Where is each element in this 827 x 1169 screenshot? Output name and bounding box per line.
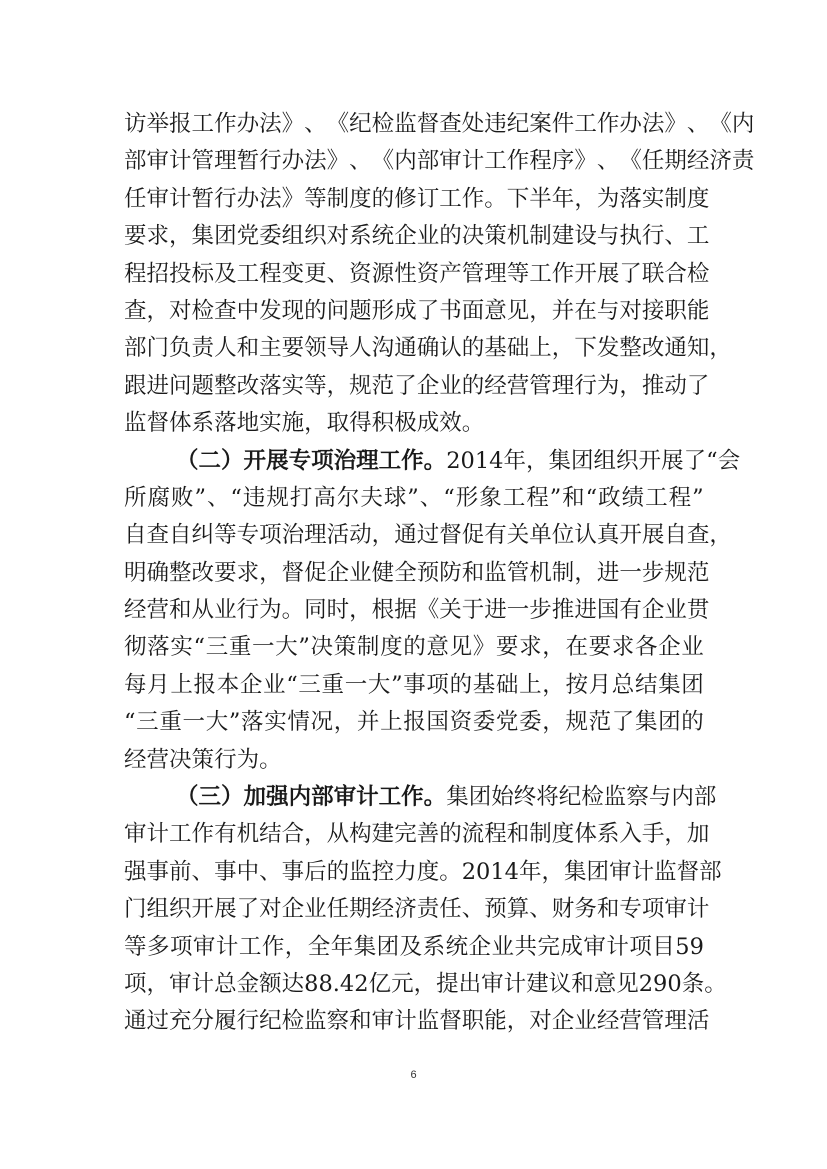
text-char: 规 — [349, 368, 372, 405]
text-char: 单 — [529, 517, 552, 554]
text-char: ， — [619, 368, 642, 405]
text-char: 》 — [282, 106, 305, 143]
text-char: 为 — [259, 592, 282, 629]
text-char: 中 — [237, 293, 260, 330]
text-char: 制 — [529, 816, 552, 853]
text-char: 结 — [259, 816, 282, 853]
text-char: 管 — [507, 555, 530, 592]
text-char: 履 — [214, 1003, 237, 1040]
text-char: 。 — [462, 405, 485, 442]
text-char: 委 — [473, 704, 496, 741]
text-char: 关 — [439, 592, 462, 629]
text-char: 达 — [282, 966, 305, 1003]
text-char: 、 — [687, 106, 710, 143]
text-char: 、 — [420, 480, 443, 517]
text-char: ， — [574, 555, 597, 592]
text-char: 的 — [462, 330, 485, 367]
text-line: 跟进问题整改落实等，规范了企业的经营管理行为，推动了 — [124, 368, 704, 405]
text-char: 作 — [214, 106, 237, 143]
text-char: 改 — [642, 330, 665, 367]
text-char: 月 — [589, 667, 612, 704]
text-char: 计 — [632, 854, 655, 891]
text-char: 活 — [687, 1003, 710, 1040]
heading-char: 部 — [311, 779, 334, 816]
text-char: 理 — [214, 143, 237, 180]
text-char: 工 — [574, 106, 597, 143]
text-char: 自 — [124, 517, 147, 554]
text-char: 度 — [687, 181, 710, 218]
text-char: 织 — [169, 891, 192, 928]
text-char: 查 — [214, 293, 237, 330]
text-char: 实 — [264, 704, 287, 741]
text-char: 同 — [304, 592, 327, 629]
text-char: 检 — [372, 106, 395, 143]
text-char: 期 — [664, 143, 687, 180]
text-char: 报 — [403, 704, 426, 741]
text-char: 及 — [400, 929, 423, 966]
text-char: 济 — [394, 891, 417, 928]
text-char: ， — [304, 405, 327, 442]
text-char: 、 — [259, 854, 282, 891]
text-char: 形 — [372, 293, 395, 330]
text-char: 审 — [372, 1003, 395, 1040]
text-char: “ — [443, 480, 455, 517]
text-char: 的 — [439, 218, 462, 255]
text-char: “ — [124, 704, 136, 741]
text-char: 工 — [529, 256, 552, 293]
text-char: 监 — [417, 1003, 440, 1040]
text-char: ， — [542, 854, 565, 891]
text-char: 对 — [169, 293, 192, 330]
text-line: 访举报工作办法》、《纪检监督查处违纪案件工作办法》、《内 — [124, 106, 704, 143]
text-char: 有 — [484, 517, 507, 554]
text-char: 始 — [491, 779, 514, 816]
text-char: 机 — [237, 816, 260, 853]
text-char: 情 — [287, 704, 310, 741]
text-char: 系 — [192, 405, 215, 442]
text-char: 有 — [619, 592, 642, 629]
text-char: 招 — [147, 256, 170, 293]
text-char: 象 — [479, 480, 502, 517]
text-char: 人 — [349, 330, 372, 367]
text-char: 条 — [682, 966, 705, 1003]
text-char: 经 — [124, 592, 147, 629]
text-char: 要 — [496, 629, 519, 666]
text-char: 建 — [526, 966, 549, 1003]
text-char: 专 — [619, 891, 642, 928]
text-char: ” — [550, 480, 562, 517]
text-char: 对 — [619, 293, 642, 330]
text-char: 事 — [403, 667, 426, 704]
heading-char: 开 — [244, 443, 267, 480]
text-line: 部门负责人和主要领导人沟通确认的基础上，下发整改通知， — [124, 330, 704, 367]
text-char: 导 — [327, 330, 350, 367]
text-char: 业 — [664, 592, 687, 629]
text-char: 举 — [147, 106, 170, 143]
text-char: 落 — [619, 181, 642, 218]
text-char: 修 — [394, 181, 417, 218]
text-char: 组 — [594, 443, 617, 480]
text-char: 计 — [169, 181, 192, 218]
text-char: 88.42 — [304, 966, 368, 1003]
text-char: 落 — [259, 368, 282, 405]
text-char: 腐 — [147, 480, 170, 517]
text-char: 监 — [304, 1003, 327, 1040]
text-char: 额 — [259, 966, 282, 1003]
text-char: 手 — [642, 816, 665, 853]
text-char: 基 — [484, 330, 507, 367]
text-char: 国 — [597, 592, 620, 629]
text-char: 下 — [574, 330, 597, 367]
text-char: 重 — [229, 629, 252, 666]
text-char: 负 — [169, 330, 192, 367]
heading-char: 强 — [266, 779, 289, 816]
text-char: 为 — [597, 368, 620, 405]
text-char: 和 — [349, 1003, 372, 1040]
text-char: 整 — [169, 555, 192, 592]
text-char: 后 — [304, 854, 327, 891]
text-char: 流 — [462, 816, 485, 853]
text-char: 管 — [462, 256, 485, 293]
text-char: 策 — [192, 742, 215, 779]
text-char: 对 — [529, 1003, 552, 1040]
text-char: 成 — [417, 405, 440, 442]
text-char: 专 — [237, 517, 260, 554]
text-char: 强 — [124, 854, 147, 891]
text-char: 纪 — [559, 779, 582, 816]
body-text: 访举报工作办法》、《纪检监督查处违纪案件工作办法》、《内部审计管理暂行办法》、《… — [124, 106, 704, 1041]
text-char: 的 — [372, 181, 395, 218]
text-char: 门 — [147, 330, 170, 367]
text-char: 违 — [484, 106, 507, 143]
text-char: 预 — [484, 891, 507, 928]
text-char: 制 — [327, 181, 350, 218]
text-char: 为 — [597, 181, 620, 218]
text-char: 决 — [462, 218, 485, 255]
text-char: 设 — [574, 218, 597, 255]
text-char: 进 — [147, 368, 170, 405]
text-char: 计 — [192, 966, 215, 1003]
document-page: 访举报工作办法》、《纪检监督查处违纪案件工作办法》、《内部审计管理暂行办法》、《… — [0, 0, 827, 1169]
heading-char: 展 — [266, 443, 289, 480]
text-char: 进 — [574, 592, 597, 629]
text-char: 序 — [552, 143, 575, 180]
text-char: 月 — [147, 667, 170, 704]
text-line: 监督体系落地实施，取得积极成效。 — [124, 405, 704, 442]
heading-char: 。 — [424, 443, 447, 480]
text-char: 在 — [565, 629, 588, 666]
text-char: 规 — [664, 555, 687, 592]
text-char: 营 — [147, 742, 170, 779]
text-char: 务 — [574, 891, 597, 928]
text-char: 度 — [380, 629, 403, 666]
text-char: 、 — [327, 256, 350, 293]
text-char: 资 — [417, 256, 440, 293]
text-char: 一 — [183, 704, 206, 741]
text-char: 实 — [642, 181, 665, 218]
text-char: 责 — [192, 330, 215, 367]
text-char: 查 — [124, 293, 147, 330]
text-char: 力 — [394, 854, 417, 891]
text-char: 业 — [574, 1003, 597, 1040]
text-char: 从 — [327, 816, 350, 853]
text-char: 贯 — [687, 592, 710, 629]
text-char: 、 — [192, 854, 215, 891]
text-char: 部 — [124, 143, 147, 180]
text-char: 要 — [124, 218, 147, 255]
text-char: 施 — [282, 405, 305, 442]
text-char: 认 — [574, 517, 597, 554]
text-char: 职 — [462, 1003, 485, 1040]
text-char: 、 — [529, 891, 552, 928]
text-char: 纪 — [259, 1003, 282, 1040]
text-char: 进 — [597, 555, 620, 592]
text-char: 目 — [652, 929, 675, 966]
text-char: 审 — [439, 143, 462, 180]
text-char: 计 — [394, 1003, 417, 1040]
text-char: 行 — [259, 143, 282, 180]
text-char: 。 — [282, 592, 305, 629]
text-char: 经 — [597, 1003, 620, 1040]
text-line: 强事前、事中、事后的监控力度。2014年，集团审计监督部 — [124, 854, 704, 891]
text-char: 督 — [417, 106, 440, 143]
text-char: 夫 — [360, 480, 383, 517]
text-char: 行 — [237, 1003, 260, 1040]
text-char: 书 — [439, 293, 462, 330]
text-char: 位 — [552, 517, 575, 554]
text-char: 制 — [664, 181, 687, 218]
text-char: 。 — [439, 854, 462, 891]
text-char: 三 — [298, 667, 321, 704]
text-char: 健 — [372, 555, 395, 592]
text-line: 通过充分履行纪检监察和审计监督职能，对企业经营管理活 — [124, 1003, 704, 1040]
text-char: 自 — [169, 517, 192, 554]
text-char: 一 — [507, 592, 530, 629]
text-char: 入 — [619, 816, 642, 853]
text-char: 整 — [619, 330, 642, 367]
text-char: 步 — [642, 555, 665, 592]
text-char: 系 — [597, 816, 620, 853]
text-char: 对 — [259, 891, 282, 928]
text-char: 求 — [237, 555, 260, 592]
text-char: “ — [230, 480, 242, 517]
text-char: 工 — [439, 181, 462, 218]
text-char: 检 — [581, 779, 604, 816]
text-char: ， — [334, 704, 357, 741]
text-char: 事 — [214, 854, 237, 891]
text-char: 2014 — [462, 854, 519, 891]
text-line: 彻落实“三重一大”决策制度的意见》要求，在要求各企业 — [124, 629, 704, 666]
text-char: 见 — [616, 966, 639, 1003]
text-char: 订 — [417, 181, 440, 218]
text-char: 内 — [671, 779, 694, 816]
text-char: 问 — [169, 368, 192, 405]
text-char: ， — [147, 293, 170, 330]
text-char: 纪 — [349, 106, 372, 143]
text-char: 了 — [619, 256, 642, 293]
text-char: 与 — [597, 218, 620, 255]
text-char: 件 — [552, 106, 575, 143]
text-char: 审 — [124, 816, 147, 853]
text-char: 落 — [241, 704, 264, 741]
text-char: 发 — [597, 330, 620, 367]
text-char: 进 — [484, 592, 507, 629]
text-char: 源 — [372, 256, 395, 293]
text-char: 的 — [403, 629, 426, 666]
text-char: 全 — [394, 555, 417, 592]
text-char: 各 — [635, 629, 658, 666]
text-char: 完 — [394, 816, 417, 853]
text-char: 明 — [124, 555, 147, 592]
text-char: 案 — [529, 106, 552, 143]
heading-char: 计 — [356, 779, 379, 816]
text-char: 据 — [394, 592, 417, 629]
text-char: 总 — [214, 966, 237, 1003]
text-char: 委 — [259, 218, 282, 255]
text-char: 任 — [439, 891, 462, 928]
text-char: 企 — [552, 1003, 575, 1040]
text-char: ” — [391, 667, 403, 704]
text-char: 工 — [169, 816, 192, 853]
text-line: 查，对检查中发现的问题形成了书面意见，并在与对接职能 — [124, 293, 704, 330]
text-char: 时 — [327, 592, 350, 629]
text-char: 管 — [529, 368, 552, 405]
text-char: 善 — [417, 816, 440, 853]
text-char: 展 — [661, 443, 684, 480]
text-char: 团 — [587, 854, 610, 891]
text-char: 从 — [192, 592, 215, 629]
text-char: 经 — [484, 368, 507, 405]
text-char: 的 — [462, 368, 485, 405]
text-char: 、 — [462, 891, 485, 928]
text-char: 规 — [565, 704, 588, 741]
text-char: 项 — [170, 929, 193, 966]
text-char: 任 — [642, 143, 665, 180]
text-char: 政 — [598, 480, 621, 517]
heading-char: 三 — [199, 779, 222, 816]
text-char: 业 — [417, 218, 440, 255]
text-char: 纪 — [507, 106, 530, 143]
text-char: 与 — [597, 293, 620, 330]
text-char: 全 — [308, 929, 331, 966]
text-char: 见 — [507, 293, 530, 330]
text-char: 况 — [311, 704, 334, 741]
text-char: 内 — [394, 143, 417, 180]
text-char: 每 — [124, 667, 147, 704]
text-char: 等 — [124, 929, 147, 966]
text-line: 任审计暂行办法》等制度的修订工作。下半年，为落实制度 — [124, 181, 704, 218]
text-char: 制 — [552, 555, 575, 592]
text-char: 题 — [349, 293, 372, 330]
text-char: 分 — [192, 1003, 215, 1040]
text-char: 上 — [170, 667, 193, 704]
text-char: ， — [372, 517, 395, 554]
text-char: 领 — [304, 330, 327, 367]
text-line: 要求，集团党委组织对系统企业的决策机制建设与执行、工 — [124, 218, 704, 255]
text-char: 等 — [507, 256, 530, 293]
text-char: 共 — [514, 929, 537, 966]
text-char: 等 — [214, 517, 237, 554]
text-char: 审 — [609, 854, 632, 891]
text-char: 资 — [450, 704, 473, 741]
text-char: 要 — [589, 629, 612, 666]
text-char: 础 — [496, 667, 519, 704]
text-char: 加 — [687, 816, 710, 853]
text-char: 多 — [147, 929, 170, 966]
text-char: 通 — [394, 517, 417, 554]
text-char: 检 — [282, 1003, 305, 1040]
text-char: 改 — [237, 368, 260, 405]
text-char: 计 — [216, 929, 239, 966]
text-char: 了 — [684, 443, 707, 480]
text-char: 。 — [259, 742, 282, 779]
text-char: 金 — [237, 966, 260, 1003]
text-line: 审计工作有机结合，从构建完善的流程和制度体系入手，加 — [124, 816, 704, 853]
text-char: 计 — [147, 816, 170, 853]
text-line: 自查自纠等专项治理活动，通过督促有关单位认真开展自查， — [124, 517, 704, 554]
text-char: 督 — [282, 555, 305, 592]
text-char: 业 — [492, 929, 515, 966]
text-char: 部 — [124, 330, 147, 367]
text-line: 经营和从业行为。同时，根据《关于进一步推进国有企业贯 — [124, 592, 704, 629]
text-char: 终 — [514, 779, 537, 816]
text-char: 和 — [562, 480, 585, 517]
text-char: 打 — [290, 480, 313, 517]
text-char: 财 — [552, 891, 575, 928]
text-char: 》 — [574, 143, 597, 180]
text-char: 《 — [327, 106, 350, 143]
text-char: 审 — [147, 143, 170, 180]
text-char: 了 — [237, 891, 260, 928]
text-char: ， — [709, 517, 732, 554]
text-char: ， — [542, 704, 565, 741]
text-char: 统 — [372, 218, 395, 255]
text-char: 落 — [147, 629, 170, 666]
text-char: 确 — [417, 330, 440, 367]
text-char: 算 — [507, 891, 530, 928]
text-char: 。 — [484, 181, 507, 218]
text-line: “三重一大”落实情况，并上报国资委党委，规范了集团的 — [124, 704, 704, 741]
text-char: 和 — [462, 555, 485, 592]
text-char: 规 — [266, 480, 289, 517]
text-char: 和 — [237, 330, 260, 367]
text-char: 动 — [349, 517, 372, 554]
text-char: 合 — [664, 256, 687, 293]
text-char: 策 — [484, 218, 507, 255]
text-char: 部 — [694, 779, 717, 816]
text-char: 。 — [704, 966, 727, 1003]
text-char: 办 — [237, 181, 260, 218]
text-char: ” — [229, 704, 241, 741]
text-char: 人 — [214, 330, 237, 367]
text-char: 对 — [327, 218, 350, 255]
text-char: 础 — [507, 330, 530, 367]
text-char: 接 — [642, 293, 665, 330]
text-char: 国 — [426, 704, 449, 741]
text-char: 根 — [372, 592, 395, 629]
text-char: 团 — [377, 929, 400, 966]
text-char: 察 — [327, 1003, 350, 1040]
text-char: 工 — [484, 143, 507, 180]
text-char: 和 — [507, 816, 530, 853]
text-char: 开 — [619, 517, 642, 554]
text-char: 实 — [282, 368, 305, 405]
text-char: 范 — [372, 368, 395, 405]
text-char: ， — [169, 218, 192, 255]
text-char: 工 — [503, 480, 526, 517]
text-char: 性 — [394, 256, 417, 293]
text-char: 了 — [394, 368, 417, 405]
